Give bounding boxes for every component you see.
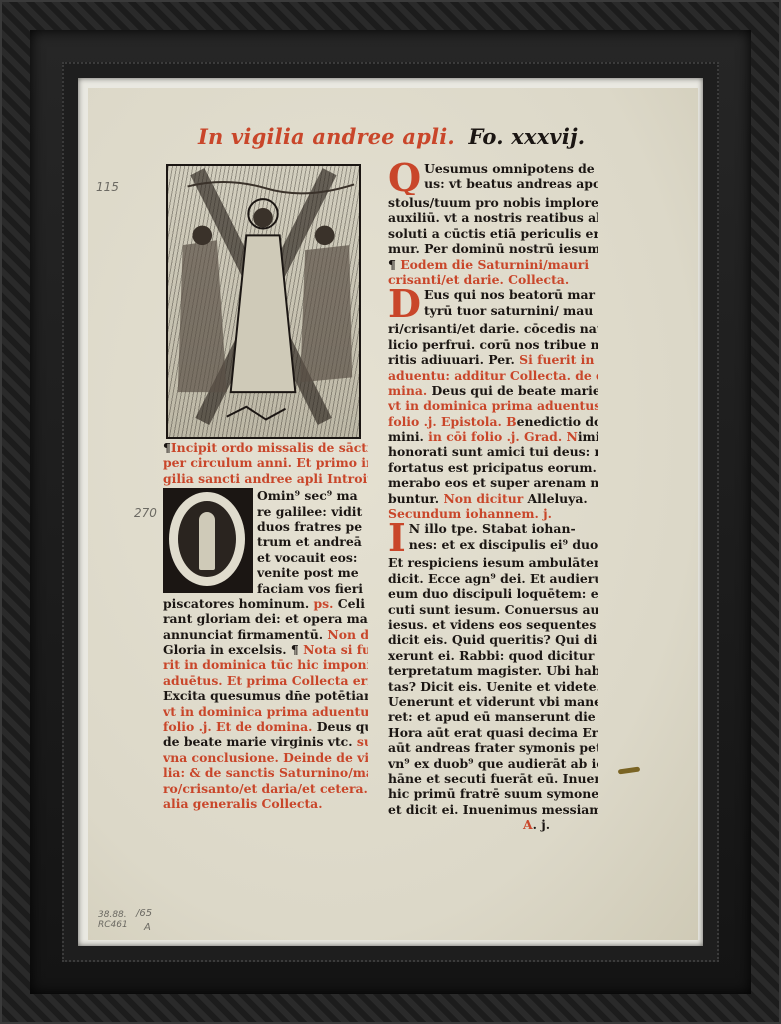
initial-i: I xyxy=(388,521,406,555)
text-line: duos fratres pe xyxy=(257,519,368,534)
rubric-text: lia: & de sanctis Saturnino/mau xyxy=(163,765,368,780)
rubric-text: vna conclusione. Deinde de vigi- xyxy=(163,750,368,765)
text-line: eum duo discipuli loquētem: et se xyxy=(388,586,598,601)
text-line: xerunt ei. Rabbi: quod dicitur in- xyxy=(388,648,598,663)
body-text: piscatores hominum. xyxy=(163,596,313,611)
right-column: Q Uesumus omnipotens de us: vt beatus an… xyxy=(388,161,598,832)
text-line: de beate marie virginis vtc. sub xyxy=(163,734,368,749)
body-text: rant gloriam dei: et opera manuum eius xyxy=(163,611,368,626)
rubric-text: folio .j. Et de domina. xyxy=(163,719,317,734)
text-line: honorati sunt amici tui deus: nimis con xyxy=(388,444,598,459)
text-line: piscatores hominum. ps. Celi enar xyxy=(163,596,368,611)
text-line: fortatus est pricipatus eorum. ℣. Dinu- xyxy=(388,460,598,475)
body-text: licio perfrui. corū nos tribue me- xyxy=(388,337,598,352)
text-line: et vocauit eos: xyxy=(257,550,368,565)
text-line: tyrū tuor saturnini/ mau xyxy=(424,303,598,318)
rubric-text: N xyxy=(566,429,577,444)
body-text: Excita quesumus dn̄e potētiam. xyxy=(163,688,368,703)
text-line: cuti sunt iesum. Conuersus autē xyxy=(388,602,598,617)
body-text: et dicit ei. Inuenimus messiam: xyxy=(388,802,598,817)
introit-block: Omin⁹ sec⁹ ma re galilee: vidit duos fra… xyxy=(163,488,368,596)
text-line: Hora aūt erat quasi decima Erat xyxy=(388,725,598,740)
text-line: aduentu: additur Collecta. de do xyxy=(388,368,598,383)
rubric-text: Non dicitur xyxy=(327,627,368,642)
text-line: buntur. Non dicitur Alleluya. xyxy=(388,491,598,506)
text-line: aūt andreas frater symonis petri xyxy=(388,740,598,755)
text-line: vn⁹ ex duob⁹ que audierāt ab io- xyxy=(388,756,598,771)
text-line: nes: et ex discipulis ei⁹ duo xyxy=(409,537,598,552)
text-line: annunciat firmamentū. Non dicitur xyxy=(163,627,368,642)
accession-sep: /65 xyxy=(136,908,152,919)
body-text: Deus qui xyxy=(317,719,368,734)
text-line: re galilee: vidit xyxy=(257,504,368,519)
text-line: Uesumus omnipotens de xyxy=(424,161,598,176)
text-line: faciam vos fieri xyxy=(257,581,368,596)
text-line: Et respiciens iesum ambulātem xyxy=(388,555,598,570)
body-text: de beate marie virginis vtc. xyxy=(163,734,357,749)
initial-d: D xyxy=(388,287,421,321)
text-line: trum et andreā xyxy=(257,534,368,549)
running-title: In vigilia andree apli. xyxy=(198,124,455,149)
body-text: aūt andreas frater symonis petri xyxy=(388,740,598,755)
page-header: In vigilia andree apli. Fo. xxxvij. xyxy=(198,124,585,149)
rubric-text: crisanti/et darie. Collecta. xyxy=(388,272,569,287)
accession-number: 38.88. RC461 xyxy=(98,910,128,930)
right-text-a: stolus/tuum pro nobis imploretauxiliū. v… xyxy=(388,195,598,287)
text-line: vna conclusione. Deinde de vigi- xyxy=(163,750,368,765)
text-line: hic primū fratrē suum symonem xyxy=(388,786,598,801)
rubric-text: alia generalis Collecta. xyxy=(163,796,323,811)
rubric-text: folio .j. Epistola. xyxy=(388,414,506,429)
body-text: vn⁹ ex duob⁹ que audierāt ab io- xyxy=(388,756,598,771)
rubric-text: Non dicitur xyxy=(443,491,527,506)
body-text: ri/crisanti/et darie. cōcedis nata- xyxy=(388,321,598,336)
body-text: fortatus est pricipatus eorum. ℣. Dinu- xyxy=(388,460,598,475)
body-text: Et respiciens iesum ambulātem xyxy=(388,555,598,570)
rubric-text: ps. xyxy=(313,596,337,611)
text-line: licio perfrui. corū nos tribue me- xyxy=(388,337,598,352)
text-line: Eus qui nos beatorū mar xyxy=(424,287,598,302)
right-text-b: ri/crisanti/et darie. cōcedis nata-licio… xyxy=(388,321,598,521)
text-line: dicit. Ecce agn⁹ dei. Et audierunt xyxy=(388,571,598,586)
text-line: tas? Dicit eis. Uenite et videte. xyxy=(388,679,598,694)
text-line: auxiliū. vt a nostris reatibus ab- xyxy=(388,210,598,225)
body-text: dicit. Ecce agn⁹ dei. Et audierunt xyxy=(388,571,598,586)
text-line: rant gloriam dei: et opera manuum eius xyxy=(163,611,368,626)
collect-d-block: D Eus qui nos beatorū mar tyrū tuor satu… xyxy=(388,287,598,321)
body-text: terpretatum magister. Ubi habi- xyxy=(388,663,598,678)
accession-suffix: A xyxy=(144,922,151,933)
rubric-text: Si fuerit in xyxy=(519,352,594,367)
margin-annotation-mid: 270 xyxy=(134,506,157,520)
body-text: ret: et apud eū manserunt die illo xyxy=(388,709,598,724)
rubric-text: aduentu: additur Collecta. de do xyxy=(388,368,598,383)
paper-stain xyxy=(618,766,640,774)
collect-q-block: Q Uesumus omnipotens de us: vt beatus an… xyxy=(388,161,598,195)
text-line: ritis adiuuari. Per. Si fuerit in xyxy=(388,352,598,367)
left-text-body: piscatores hominum. ps. Celi enarrant gl… xyxy=(163,596,368,811)
rubric-text: Nota si fue- xyxy=(303,642,368,657)
saint-andrew-woodcut-icon xyxy=(168,166,359,437)
text-line: Gloria in excelsis. ¶ Nota si fue- xyxy=(163,642,368,657)
body-text: annunciat firmamentū. xyxy=(163,627,327,642)
text-line: N illo tpe. Stabat iohan- xyxy=(409,521,598,536)
text-line: terpretatum magister. Ubi habi- xyxy=(388,663,598,678)
rubric-text: vt in dominica prima aduentus. xyxy=(388,398,598,413)
body-text: buntur. xyxy=(388,491,443,506)
body-text: dicit eis. Quid queritis? Qui di- xyxy=(388,632,598,647)
text-line: ret: et apud eū manserunt die illo xyxy=(388,709,598,724)
body-text: Gloria in excelsis. xyxy=(163,642,291,657)
right-text-c: Et respiciens iesum ambulātemdicit. Ecce… xyxy=(388,555,598,817)
missal-page: In vigilia andree apli. Fo. xxxvij. 115 … xyxy=(88,88,698,940)
margin-annotation-top: 115 xyxy=(96,180,119,194)
text-line: stolus/tuum pro nobis imploret xyxy=(388,195,598,210)
body-text: hāne et secuti fuerāt eū. Inuenit xyxy=(388,771,598,786)
rubric-text: in cōi folio .j. Grad. xyxy=(428,429,566,444)
body-text: enedictio do- xyxy=(517,414,598,429)
text-line: us: vt beatus andreas apo xyxy=(424,176,598,191)
text-line: et dicit ei. Inuenimus messiam: xyxy=(388,802,598,817)
body-text: Deus qui de beate marie. xyxy=(431,383,598,398)
initial-q: Q xyxy=(388,161,421,195)
body-text: ritis adiuuari. Per. xyxy=(388,352,519,367)
body-text: imis xyxy=(578,429,598,444)
text-line: Excita quesumus dn̄e potētiam. xyxy=(163,688,368,703)
body-text: mini. xyxy=(388,429,428,444)
text-line: folio .j. Epistola. Benedictio do- xyxy=(388,414,598,429)
body-text: Uenerunt et viderunt vbi mane- xyxy=(388,694,598,709)
rubric-line: gilia sancti andree apli Introit⁹. xyxy=(163,471,368,486)
pilcrow-icon: ¶ xyxy=(163,440,171,455)
body-text: eum duo discipuli loquētem: et se xyxy=(388,586,598,601)
body-text: cuti sunt iesum. Conuersus autē xyxy=(388,602,598,617)
text-line: dicit eis. Quid queritis? Qui di- xyxy=(388,632,598,647)
text-line: ri/crisanti/et darie. cōcedis nata- xyxy=(388,321,598,336)
body-text: soluti a cūctis etiā periculis erua xyxy=(388,226,598,241)
rubric-text: rit in dominica tūc hic imponitur xyxy=(163,657,368,672)
rubric-text: aduētus. Et prima Collecta erit xyxy=(163,673,368,688)
body-text: ¶ xyxy=(388,257,400,272)
body-text: auxiliū. vt a nostris reatibus ab- xyxy=(388,210,598,225)
body-text: mur. Per dominū nostrū iesum. xyxy=(388,241,598,256)
rubric-line: per circulum anni. Et primo in vi xyxy=(163,455,368,470)
rubric-text: Secundum iohannem. j. xyxy=(388,506,552,521)
text-line: Omin⁹ sec⁹ ma xyxy=(257,488,368,503)
body-text: Hora aūt erat quasi decima Erat xyxy=(388,725,598,740)
text-line: vt in dominica prima aduentus. xyxy=(388,398,598,413)
rubric-text: mina. xyxy=(388,383,431,398)
rubric-text: sub xyxy=(357,734,368,749)
body-text: iesus. et videns eos sequentes se: xyxy=(388,617,598,632)
body-text: ¶ xyxy=(291,642,303,657)
body-text: tas? Dicit eis. Uenite et videte. xyxy=(388,679,598,694)
text-line: aduētus. Et prima Collecta erit xyxy=(163,673,368,688)
text-line: alia generalis Collecta. xyxy=(163,796,368,811)
body-text: Celi enar xyxy=(338,596,368,611)
rubric-line: ¶Incipit ordo missalis de sāctis xyxy=(163,440,368,455)
text-line: Secundum iohannem. j. xyxy=(388,506,598,521)
body-text: hic primū fratrē suum symonem xyxy=(388,786,598,801)
gathering-signature: A. j. xyxy=(388,817,598,832)
text-line: ¶ Eodem die Saturnini/mauri xyxy=(388,257,598,272)
text-line: Uenerunt et viderunt vbi mane- xyxy=(388,694,598,709)
rubric-text: Eodem die Saturnini/mauri xyxy=(400,257,589,272)
text-line: venite post me xyxy=(257,565,368,580)
rubric-text: vt in dominica prima aduentus. xyxy=(163,704,368,719)
text-line: mina. Deus qui de beate marie. xyxy=(388,383,598,398)
left-column: ¶Incipit ordo missalis de sāctis per cir… xyxy=(163,440,368,811)
woodcut-illustration xyxy=(166,164,361,439)
historiated-initial-d-icon xyxy=(163,488,253,593)
rubric-text: ro/crisanto/et daria/et cetera. et xyxy=(163,781,368,796)
text-line: ro/crisanto/et daria/et cetera. et xyxy=(163,781,368,796)
text-line: hāne et secuti fuerāt eū. Inuenit xyxy=(388,771,598,786)
body-text: merabo eos et super arenam multiplica xyxy=(388,475,598,490)
gospel-block: I N illo tpe. Stabat iohan- nes: et ex d… xyxy=(388,521,598,555)
text-line: vt in dominica prima aduentus. xyxy=(163,704,368,719)
body-text: Alleluya. xyxy=(528,491,588,506)
body-text: xerunt ei. Rabbi: quod dicitur in- xyxy=(388,648,598,663)
text-line: crisanti/et darie. Collecta. xyxy=(388,272,598,287)
text-line: mini. in cōi folio .j. Grad. Nimis xyxy=(388,429,598,444)
text-line: lia: & de sanctis Saturnino/mau xyxy=(163,765,368,780)
rubric-text: B xyxy=(506,414,516,429)
body-text: stolus/tuum pro nobis imploret xyxy=(388,195,598,210)
text-line: iesus. et videns eos sequentes se: xyxy=(388,617,598,632)
folio-number: Fo. xxxvij. xyxy=(468,124,585,149)
text-line: mur. Per dominū nostrū iesum. xyxy=(388,241,598,256)
text-line: folio .j. Et de domina. Deus qui xyxy=(163,719,368,734)
text-line: soluti a cūctis etiā periculis erua xyxy=(388,226,598,241)
text-line: merabo eos et super arenam multiplica xyxy=(388,475,598,490)
body-text: honorati sunt amici tui deus: nimis con xyxy=(388,444,598,459)
text-line: rit in dominica tūc hic imponitur xyxy=(163,657,368,672)
